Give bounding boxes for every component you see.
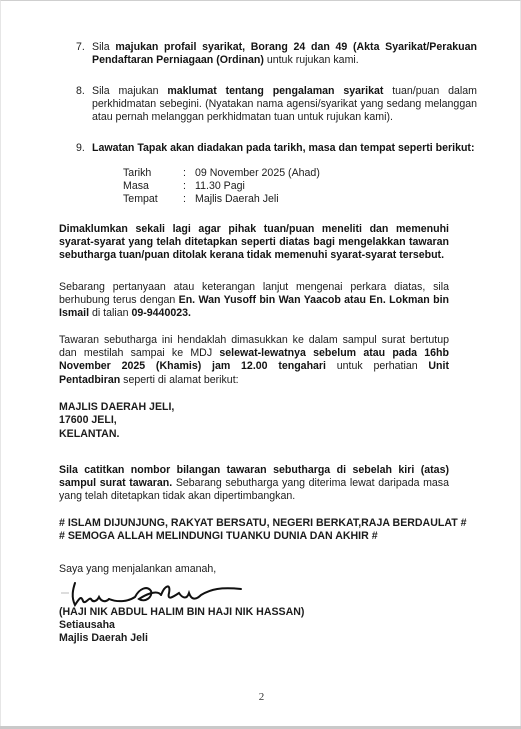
item-7-text: Sila majukan profail syarikat, Borang 24…	[92, 41, 477, 67]
page-number: 2	[1, 691, 521, 703]
item-9-text: Lawatan Tapak akan diadakan pada tarikh,…	[92, 142, 482, 155]
slogan-line: # ISLAM DIJUNJUNG, RAKYAT BERSATU, NEGER…	[59, 517, 489, 530]
signatory-title: Setiausaha	[59, 619, 304, 632]
reminder-paragraph: Dimaklumkan sekali lagi agar pihak tuan/…	[59, 223, 449, 263]
slogan-line: # SEMOGA ALLAH MELINDUNGI TUANKU DUNIA D…	[59, 530, 489, 543]
field-label: Tarikh	[123, 167, 183, 180]
item-number: 9.	[76, 142, 85, 155]
signatory-block: (HAJI NIK ABDUL HALIM BIN HAJI NIK HASSA…	[59, 606, 304, 645]
field-value: 09 November 2025 (Ahad)	[195, 167, 320, 179]
signatory-name: (HAJI NIK ABDUL HALIM BIN HAJI NIK HASSA…	[59, 606, 304, 619]
item-8-text: Sila majukan maklumat tentang pengalaman…	[92, 85, 477, 125]
field-label: Tempat	[123, 193, 183, 206]
field-label: Masa	[123, 180, 183, 193]
address-line: MAJLIS DAERAH JELI,	[59, 401, 174, 414]
field-value: Majlis Daerah Jeli	[195, 193, 279, 205]
contact-paragraph: Sebarang pertanyaan atau keterangan lanj…	[59, 281, 449, 321]
submission-paragraph: Tawaran sebutharga ini hendaklah dimasuk…	[59, 334, 449, 387]
address-line: KELANTAN.	[59, 428, 174, 441]
address-line: 17600 JELI,	[59, 414, 174, 427]
closing-line: Saya yang menjalankan amanah,	[59, 563, 216, 576]
item-number: 7.	[76, 41, 85, 54]
site-visit-time: Masa:11.30 Pagi	[123, 180, 245, 193]
signature-image	[61, 579, 261, 609]
note-paragraph: Sila catitkan nombor bilangan tawaran se…	[59, 464, 449, 504]
field-value: 11.30 Pagi	[195, 180, 245, 192]
signatory-organization: Majlis Daerah Jeli	[59, 632, 304, 645]
document-page: 7. Sila majukan profail syarikat, Borang…	[0, 0, 521, 728]
site-visit-date: Tarikh:09 November 2025 (Ahad)	[123, 167, 320, 180]
site-visit-place: Tempat:Majlis Daerah Jeli	[123, 193, 279, 206]
address-block: MAJLIS DAERAH JELI, 17600 JELI, KELANTAN…	[59, 401, 174, 441]
item-number: 8.	[76, 85, 85, 98]
slogans: # ISLAM DIJUNJUNG, RAKYAT BERSATU, NEGER…	[59, 517, 489, 543]
